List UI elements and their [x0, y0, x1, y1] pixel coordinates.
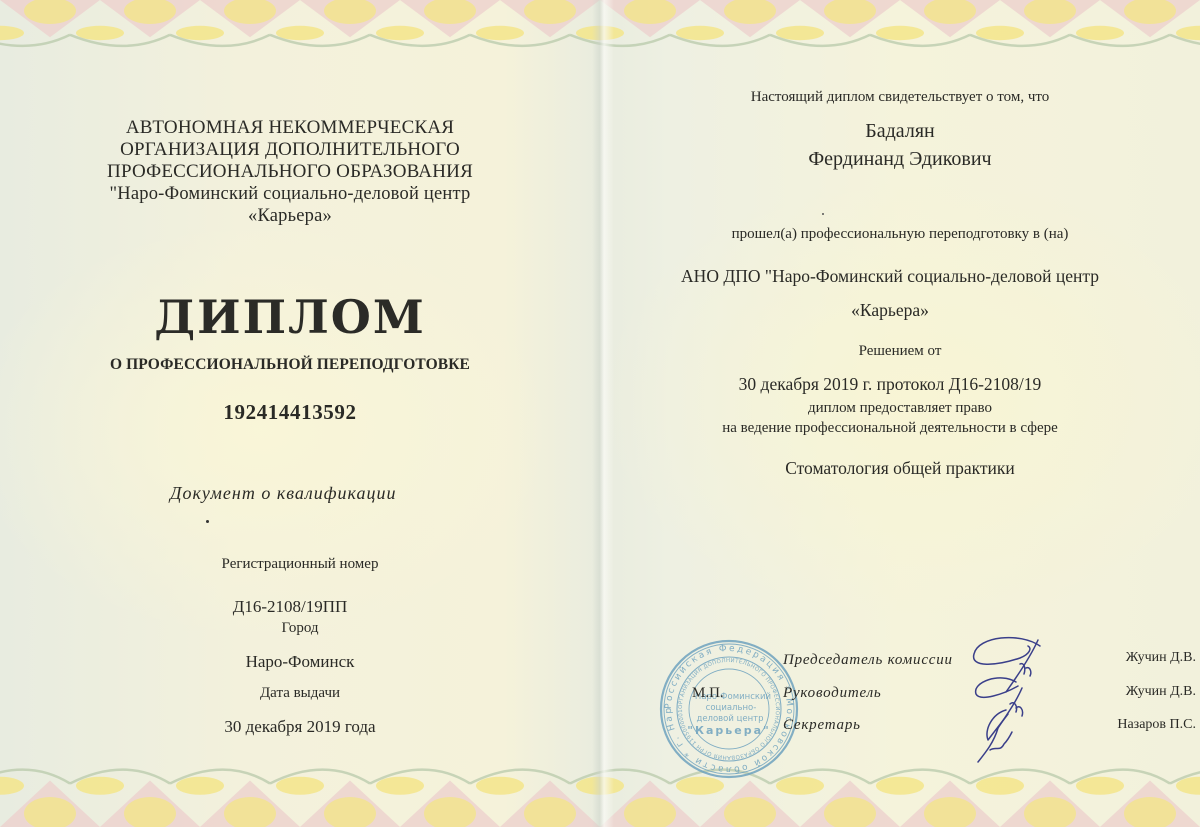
issue-date: 30 декабря 2019 года	[140, 717, 460, 737]
director-name: Жучин Д.В.	[1126, 684, 1196, 700]
svg-text:деловой центр: деловой центр	[696, 714, 763, 724]
organization-stamp-icon: Российская Федерация * Московской област…	[658, 638, 800, 780]
passed-retraining-text: прошел(а) профессиональную переподготовк…	[690, 226, 1110, 243]
svg-text:"Карьера": "Карьера"	[687, 724, 770, 737]
center-fold	[592, 0, 614, 827]
role-secretary: Секретарь	[783, 717, 861, 734]
registration-label: Регистрационный номер	[140, 556, 460, 573]
seal-place-label: М.П.	[692, 685, 724, 702]
org-line-2: ОРГАНИЗАЦИЯ ДОПОЛНИТЕЛЬНОГО	[90, 139, 490, 161]
org-line-4: "Наро-Фоминский социально-деловой центр	[90, 183, 490, 205]
specialty: Стоматология общей практики	[690, 458, 1110, 479]
grants-right-text: диплом предоставляет право	[690, 400, 1110, 417]
role-commission-chair: Председатель комиссии	[783, 652, 953, 669]
ink-dot	[822, 213, 824, 215]
diploma-subtitle: О ПРОФЕССИОНАЛЬНОЙ ПЕРЕПОДГОТОВКЕ	[90, 356, 490, 374]
ink-dot	[206, 520, 209, 523]
chair-name: Жучин Д.В.	[1126, 650, 1196, 666]
qualification-note: Документ о квалификации	[170, 483, 430, 504]
issue-date-label: Дата выдачи	[140, 685, 460, 702]
issuing-organization: АВТОНОМНАЯ НЕКОММЕРЧЕСКАЯ ОРГАНИЗАЦИЯ ДО…	[90, 117, 490, 227]
org-line-1: АВТОНОМНАЯ НЕКОММЕРЧЕСКАЯ	[90, 117, 490, 139]
city-label: Город	[140, 620, 460, 637]
handwritten-signature-icon	[960, 628, 1070, 768]
org-line-5: «Карьера»	[90, 205, 490, 227]
protocol-text: 30 декабря 2019 г. протокол Д16-2108/19	[660, 374, 1120, 395]
holder-surname: Бадалян	[690, 120, 1110, 143]
city-value: Наро-Фоминск	[140, 652, 460, 672]
institution-line-2: «Карьера»	[660, 300, 1120, 321]
registration-number: Д16-2108/19ПП	[130, 597, 450, 617]
org-line-3: ПРОФЕССИОНАЛЬНОГО ОБРАЗОВАНИЯ	[90, 161, 490, 183]
diploma-number: 192414413592	[90, 400, 490, 425]
institution-line-1: АНО ДПО "Наро-Фоминский социально-делово…	[660, 266, 1120, 287]
decision-label: Решением от	[690, 343, 1110, 360]
certifies-text: Настоящий диплом свидетельствует о том, …	[690, 89, 1110, 106]
role-director: Руководитель	[783, 685, 882, 702]
secretary-name: Назаров П.С.	[1117, 717, 1196, 733]
sphere-text: на ведение профессиональной деятельности…	[660, 420, 1120, 437]
svg-text:социально-: социально-	[706, 703, 757, 713]
holder-given-names: Фердинанд Эдикович	[690, 148, 1110, 171]
diploma-title: ДИПЛОМ	[90, 290, 490, 344]
